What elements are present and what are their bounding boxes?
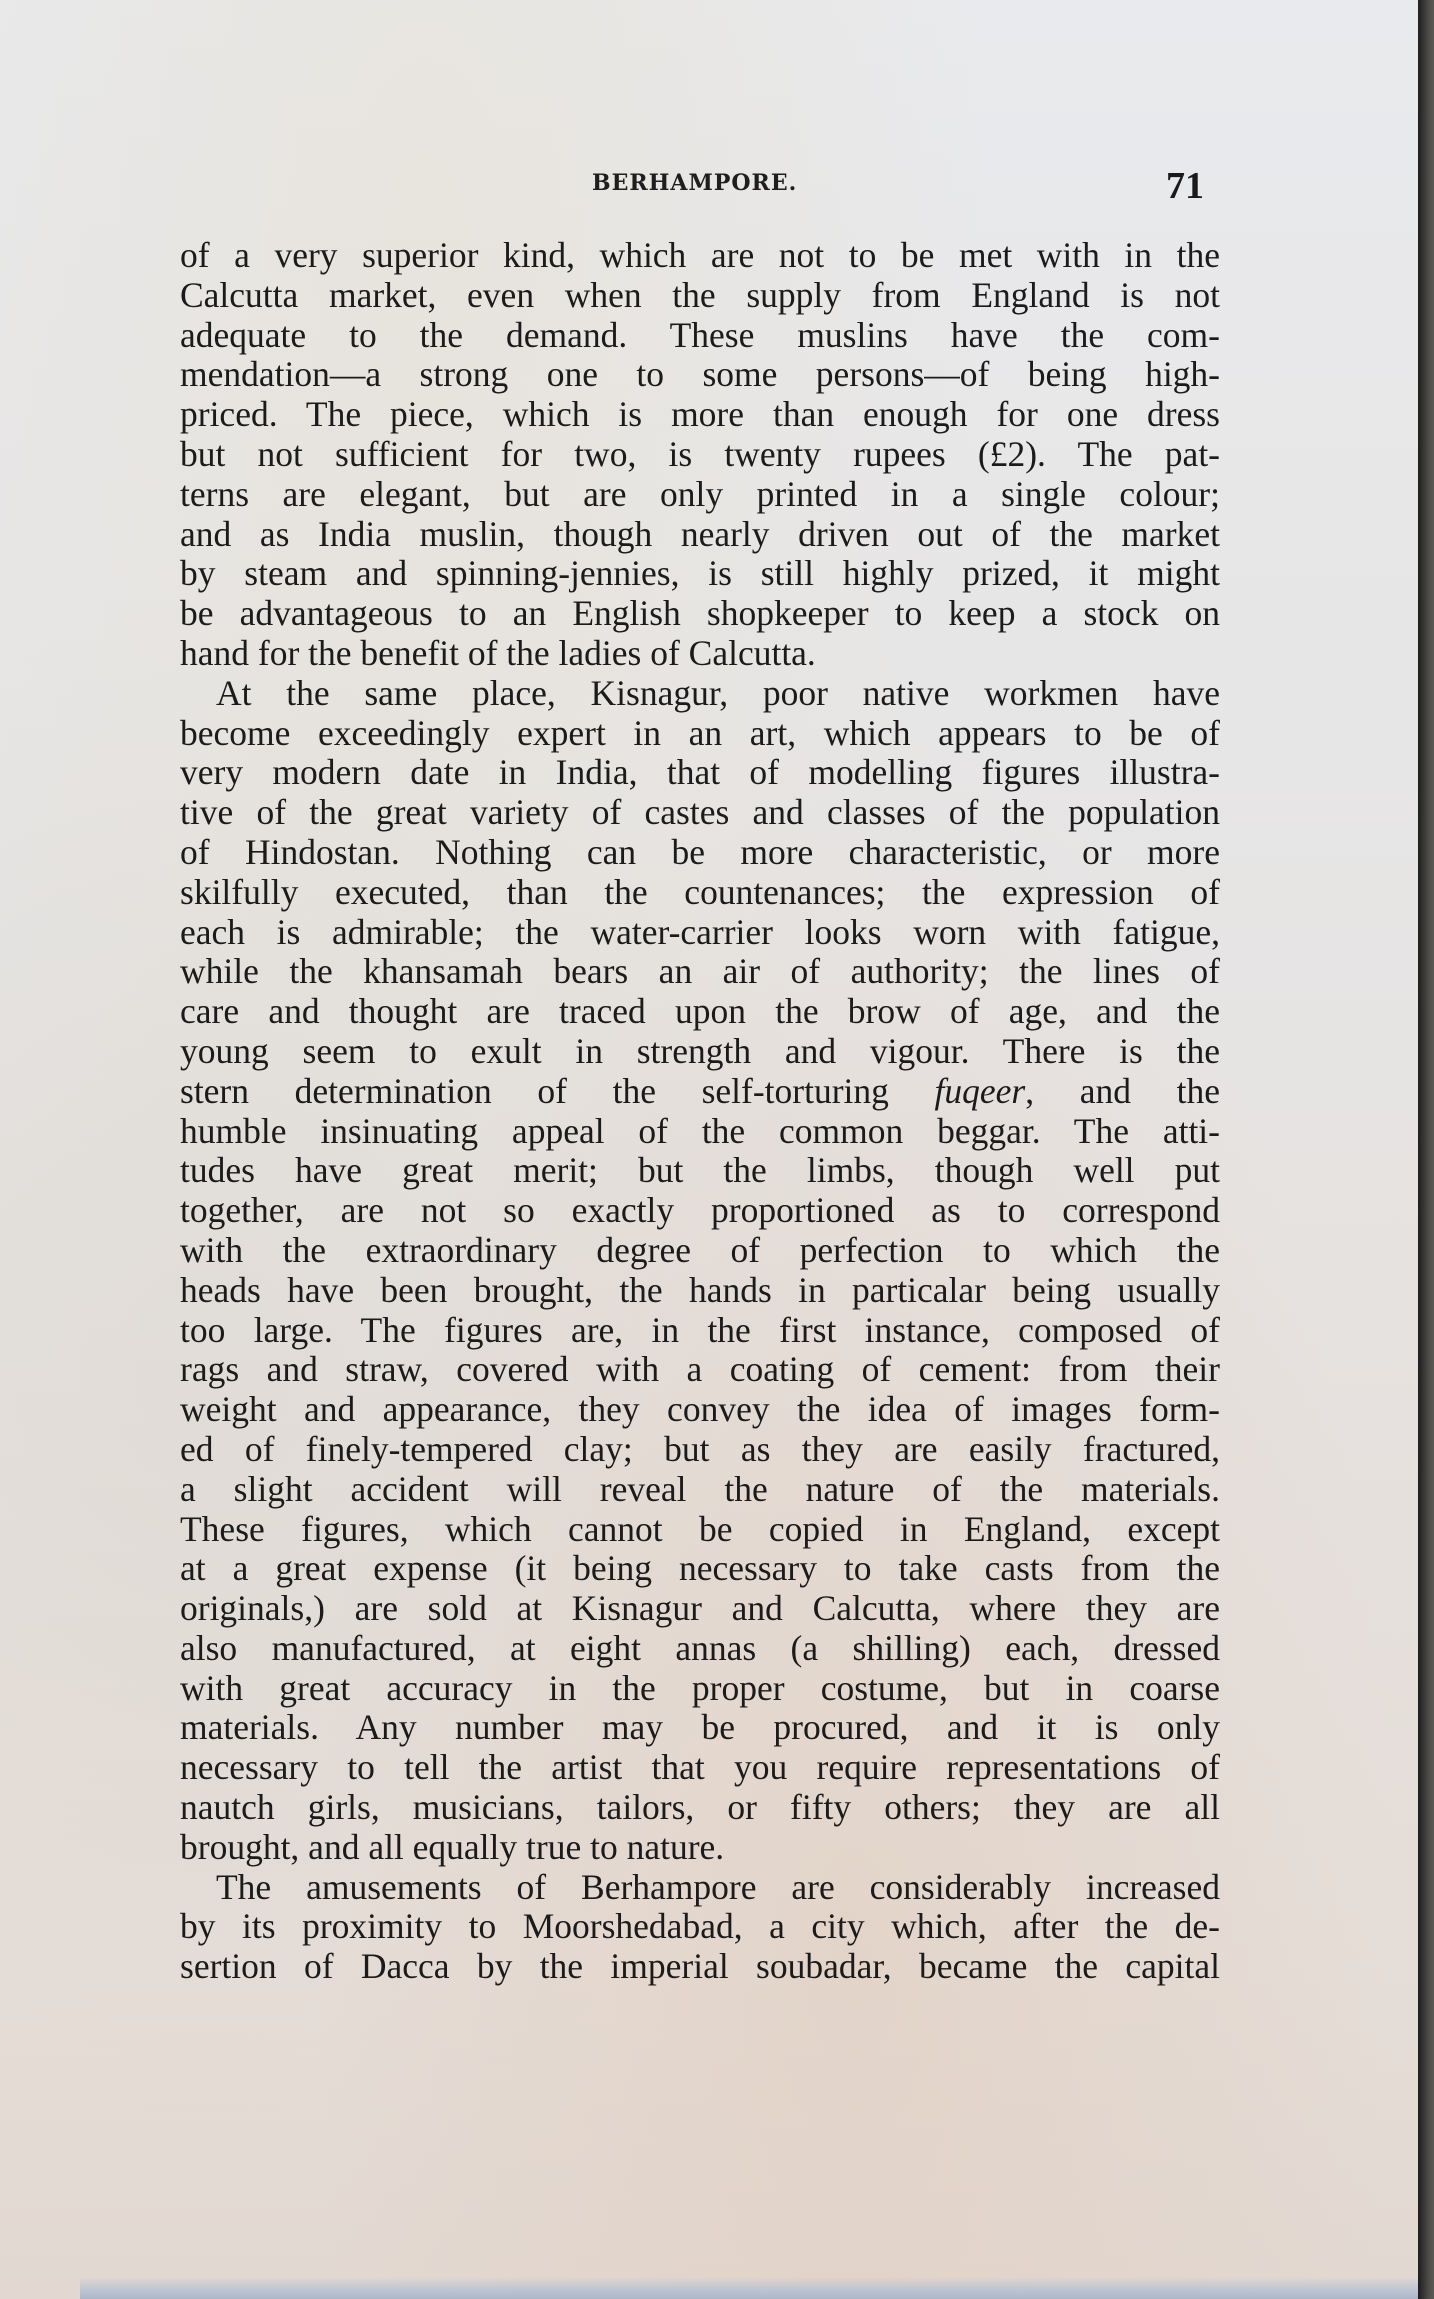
text-line: too large. The figures are, in the first… xyxy=(180,1311,1220,1351)
text-line: and as India muslin, though nearly drive… xyxy=(180,515,1220,555)
text-line: hand for the benefit of the ladies of Ca… xyxy=(180,634,1220,674)
text-segment: stern determination of the self-torturin… xyxy=(180,1071,935,1111)
text-line: each is admirable; the water-carrier loo… xyxy=(180,913,1220,953)
book-page: BERHAMPORE. 71 of a very superior kind, … xyxy=(0,0,1420,2299)
text-line: adequate to the demand. These muslins ha… xyxy=(180,316,1220,356)
running-head: BERHAMPORE. xyxy=(592,170,797,196)
text-line: tive of the great variety of castes and … xyxy=(180,793,1220,833)
text-line: rags and straw, covered with a coating o… xyxy=(180,1350,1220,1390)
text-line: Calcutta market, even when the supply fr… xyxy=(180,276,1220,316)
body-text: of a very superior kind, which are not t… xyxy=(180,236,1220,1987)
text-line-with-italic: stern determination of the self-torturin… xyxy=(180,1072,1220,1112)
text-line: tudes have great merit; but the limbs, t… xyxy=(180,1151,1220,1191)
text-line: ed of finely-tempered clay; but as they … xyxy=(180,1430,1220,1470)
text-line: care and thought are traced upon the bro… xyxy=(180,992,1220,1032)
page-bottom-edge xyxy=(80,2277,1420,2299)
page-number: 71 xyxy=(1166,164,1204,208)
text-line: young seem to exult in strength and vigo… xyxy=(180,1032,1220,1072)
text-line: but not sufficient for two, is twenty ru… xyxy=(180,435,1220,475)
text-line: at a great expense (it being necessary t… xyxy=(180,1549,1220,1589)
text-line: terns are elegant, but are only printed … xyxy=(180,475,1220,515)
text-line: originals,) are sold at Kisnagur and Cal… xyxy=(180,1589,1220,1629)
text-line: materials. Any number may be procured, a… xyxy=(180,1708,1220,1748)
text-line: a slight accident will reveal the nature… xyxy=(180,1470,1220,1510)
text-line: together, are not so exactly proportione… xyxy=(180,1191,1220,1231)
text-line: while the khansamah bears an air of auth… xyxy=(180,952,1220,992)
text-line: necessary to tell the artist that you re… xyxy=(180,1748,1220,1788)
text-line: These figures, which cannot be copied in… xyxy=(180,1510,1220,1550)
text-line: heads have been brought, the hands in pa… xyxy=(180,1271,1220,1311)
text-line: priced. The piece, which is more than en… xyxy=(180,395,1220,435)
text-line: sertion of Dacca by the imperial soubada… xyxy=(180,1947,1220,1987)
text-line: mendation—a strong one to some persons—o… xyxy=(180,355,1220,395)
text-line: of a very superior kind, which are not t… xyxy=(180,236,1220,276)
text-line: become exceedingly expert in an art, whi… xyxy=(180,714,1220,754)
text-line: with the extraordinary degree of perfect… xyxy=(180,1231,1220,1271)
text-line: of Hindostan. Nothing can be more charac… xyxy=(180,833,1220,873)
text-line: weight and appearance, they convey the i… xyxy=(180,1390,1220,1430)
text-line: skilfully executed, than the countenance… xyxy=(180,873,1220,913)
text-line: by its proximity to Moorshedabad, a city… xyxy=(180,1907,1220,1947)
text-line: with great accuracy in the proper costum… xyxy=(180,1669,1220,1709)
text-line: by steam and spinning-jennies, is still … xyxy=(180,554,1220,594)
text-line: brought, and all equally true to nature. xyxy=(180,1828,1220,1868)
text-line: nautch girls, musicians, tailors, or fif… xyxy=(180,1788,1220,1828)
text-line: At the same place, Kisnagur, poor native… xyxy=(180,674,1220,714)
italic-term: fuqeer xyxy=(935,1071,1026,1111)
text-segment: , and the xyxy=(1025,1071,1220,1111)
book-binding-edge xyxy=(1418,0,1434,2299)
text-line: be advantageous to an English shopkeeper… xyxy=(180,594,1220,634)
text-line: also manufactured, at eight annas (a shi… xyxy=(180,1629,1220,1669)
text-line: The amusements of Berhampore are conside… xyxy=(180,1868,1220,1908)
text-line: very modern date in India, that of model… xyxy=(180,753,1220,793)
text-line: humble insinuating appeal of the common … xyxy=(180,1112,1220,1152)
